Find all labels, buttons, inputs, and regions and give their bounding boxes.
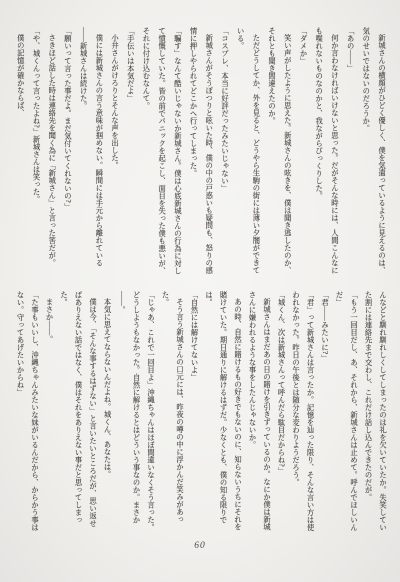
text-block-top: 新城さんの横顔がひどく優しく、僕を気遣っているように見えるのは、気のせいではない… xyxy=(12,27,390,278)
paragraph: そう言う新城さんの口元には、昨夜の噂の中に浮かんだ笑みがあった。 xyxy=(158,291,187,534)
paragraph: 「騙す」なんて酷いじゃないか新城さん。僕は心底新城さんの行為に対して憤慨していた… xyxy=(139,27,186,278)
paragraph: 新城さんの横顔がひどく優しく、僕を気遣っているように見えるのは、気のせいではない… xyxy=(359,27,390,278)
paragraph: 「手伝いは本気だよ」 xyxy=(123,27,139,278)
paragraph: 「願いって言った事だよ。まだ気付いてくれないの?」 xyxy=(60,27,76,278)
paragraph: 「城くん、次は新城さんって呼んだら駄目だからね?」 xyxy=(274,291,289,534)
paragraph: ただどうしてか、外を見ると、どうやら生駒の街には薄い夕闇ができている。 xyxy=(233,27,264,278)
paragraph: 「君」って新城さんは言ったか。記憶を辿った限り、そんな言い方は使われなかった。昨… xyxy=(289,291,318,534)
paragraph: 「ダメか」 xyxy=(296,27,312,278)
paragraph: まさか――。 xyxy=(42,291,57,534)
paragraph: 本気に思えてならないんだよね。城くん、あなたは。 xyxy=(100,291,115,534)
paragraph: 何か言わなければいけないと思った。だがそんな時には、人間こんなにも喋れないものな… xyxy=(311,27,342,278)
paragraph: 「自然には解けてないよ」 xyxy=(187,291,202,534)
paragraph: 「じゃあ、これで一回目よ」沖縄ちゃんはほぼ間違いなくそう言った。どうしようもなか… xyxy=(115,291,159,534)
paragraph: 「や、城くんって言ったよね?」新城さんは笑った。 xyxy=(29,27,45,278)
paragraph: 笑い声がしたように思えた。新城さんの呟きを、僕は聞き逃したのか、それとも聞き間違… xyxy=(264,27,295,278)
paragraph: あの時、自然に賭けるもの好きでもないのに、知らないうちにそれを賭けていた。期日通… xyxy=(202,291,246,534)
paragraph: さきほど話した時は連絡先を聞く為に「新城さん」と言った筈だが。 xyxy=(45,27,61,278)
paragraph: 「コスプレ、本当に好評だったみたいじゃない」 xyxy=(217,27,233,278)
paragraph: 「た事もいいし、沖縄ちゃんみたいな妹がいるんだから、からかう事はない。守ってあげ… xyxy=(13,291,42,534)
paragraph: 僕の記憶が確かならば、 xyxy=(13,27,29,278)
paragraph: 小井さんがけろりとそんな声を出した。 xyxy=(107,27,123,278)
paragraph: 新城さんがそうぽつりと呟いた時、僕の中の戸惑いも疑問も、怒りの感情に押しやられて… xyxy=(186,27,217,278)
paragraph: 「あの――」 xyxy=(343,27,359,278)
paragraph: 「もう一回目だし、あ、それから、新城さんは止めて。呼んでほしいんだ」 xyxy=(332,291,361,534)
paragraph: 「君――みたいに?」 xyxy=(318,291,333,534)
scanned-page: 新城さんの横顔がひどく優しく、僕を気遣っているように見えるのは、気のせいではない… xyxy=(0,0,400,582)
text-block-bottom: んなどと馴れ馴れしくしてしまったのは礼を欠いていたか。失笑していた割には連絡先ま… xyxy=(12,291,390,534)
page-number: 60 xyxy=(0,541,400,551)
paragraph: 僕をたじろがせる言葉で楽しんでいるのか。 xyxy=(12,291,13,534)
paragraph: 新城さんはまだあの日の賭けを引きずっているのか。なにか僕は新城さんに嫌われるよう… xyxy=(245,291,274,534)
paragraph: 僕には新城さんの言う意味が掴めない。瞬間には手元から離れている――新城さんは続け… xyxy=(76,27,107,278)
paragraph: 僕は今、「そんな事するはずない」と言いたいところだが、思い返せばありえない話では… xyxy=(57,291,101,534)
paragraph: んなどと馴れ馴れしくしてしまったのは礼を欠いていたか。失笑していた割には連絡先ま… xyxy=(361,291,390,534)
